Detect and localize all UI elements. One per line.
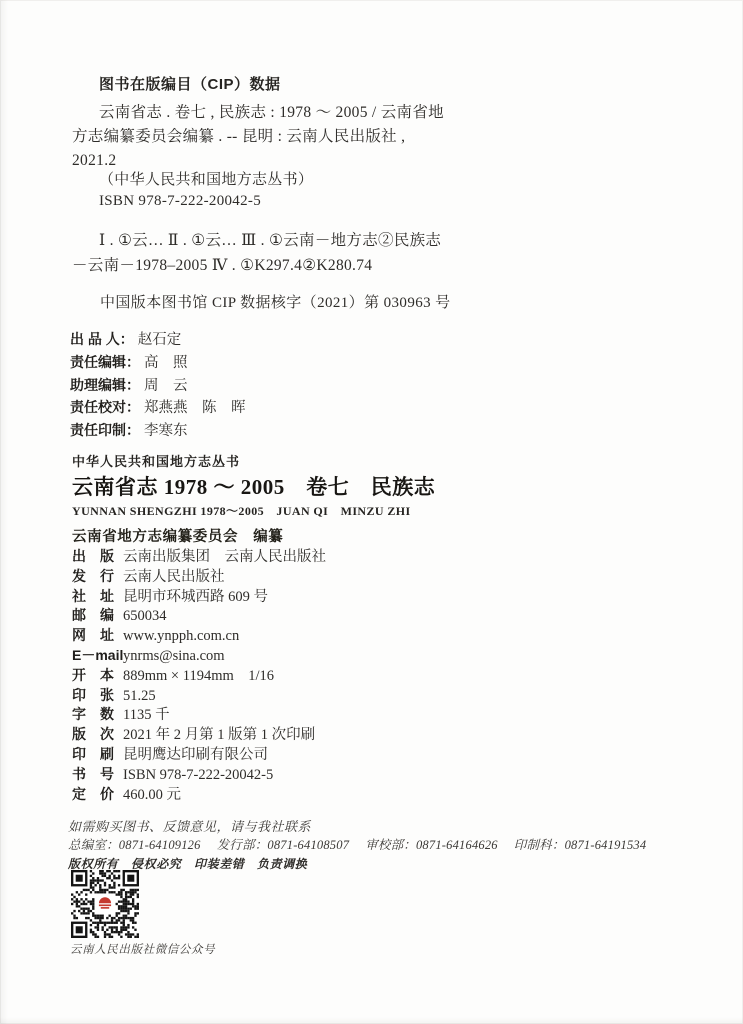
credit-row: 责任编辑：高 照	[70, 351, 246, 374]
qr-code-image	[71, 870, 139, 938]
publication-value: ynrms@sina.com	[123, 648, 225, 664]
publication-value: ISBN 978-7-222-20042-5	[123, 767, 273, 783]
credit-row: 助理编辑：周 云	[70, 374, 246, 397]
publication-label: 印 张	[72, 686, 123, 706]
publication-value: 云南出版集团 云南人民出版社	[123, 549, 326, 565]
publication-value: 2021 年 2 月第 1 版第 1 次印刷	[123, 727, 315, 743]
publication-value: 昆明鹰达印刷有限公司	[123, 747, 268, 763]
publication-label: 开 本	[72, 666, 123, 686]
credit-row: 出 品 人：赵石定	[70, 328, 246, 351]
publication-row: 字 数1135 千	[72, 705, 326, 725]
cip-entry-line: 方志编纂委员会编纂 . -- 昆明 : 云南人民出版社 ,	[72, 125, 444, 149]
copyright-page: 图书在版编目（CIP）数据 云南省志 . 卷七 , 民族志 : 1978 ～ 2…	[0, 0, 743, 1024]
credit-role-label: 责任校对：	[70, 399, 140, 415]
publication-label: 社 址	[72, 587, 123, 607]
qr-caption: 云南人民出版社微信公众号	[70, 941, 215, 957]
credit-person-name: 李寒东	[144, 423, 188, 439]
publication-row: 出 版云南出版集团 云南人民出版社	[72, 547, 326, 567]
publication-label: 发 行	[72, 567, 123, 587]
credits-block: 出 品 人：赵石定 责任编辑：高 照 助理编辑：周 云 责任校对：郑燕燕 陈 晖…	[70, 328, 246, 442]
publication-label: 邮 编	[72, 606, 123, 626]
publication-value: 昆明市环城西路 609 号	[123, 589, 268, 605]
credit-role-label: 责任印制：	[70, 422, 140, 438]
publication-label: 网 址	[72, 626, 123, 646]
publication-value: 51.25	[123, 688, 156, 704]
publication-row: E－mailynrms@sina.com	[72, 646, 326, 666]
book-title: 云南省志 1978 ～ 2005 卷七 民族志	[72, 475, 435, 499]
publication-label: E－mail	[72, 646, 123, 666]
series-note: （中华人民共和国地方志丛书）	[99, 168, 313, 189]
isbn-line: ISBN 978-7-222-20042-5	[99, 193, 261, 210]
publication-block: 出 版云南出版集团 云南人民出版社 发 行云南人民出版社 社 址昆明市环城西路 …	[72, 547, 326, 804]
publication-row: 书 号ISBN 978-7-222-20042-5	[72, 765, 326, 785]
publication-value: www.ynpph.com.cn	[123, 628, 239, 644]
publication-row: 发 行云南人民出版社	[72, 567, 326, 587]
credit-person-name: 郑燕燕 陈 晖	[144, 400, 246, 416]
publication-row: 定 价460.00 元	[72, 785, 326, 805]
publication-value: 1135 千	[123, 707, 170, 723]
publication-label: 出 版	[72, 547, 123, 567]
publication-row: 印 刷昆明鹰达印刷有限公司	[72, 745, 326, 765]
publication-row: 印 张51.25	[72, 686, 326, 706]
cip-header: 图书在版编目（CIP）数据	[99, 73, 281, 94]
publication-row: 社 址昆明市环城西路 609 号	[72, 587, 326, 607]
credit-person-name: 赵石定	[138, 332, 182, 348]
publication-label: 字 数	[72, 705, 123, 725]
publication-label: 书 号	[72, 765, 123, 785]
publication-value: 889mm × 1194mm 1/16	[123, 668, 274, 684]
credit-role-label: 责任编辑：	[70, 354, 140, 370]
credit-person-name: 高 照	[144, 355, 188, 371]
contact-phones: 总编室：0871-64109126 发行部：0871-64108507 审校部：…	[68, 835, 646, 853]
publication-value: 650034	[123, 608, 167, 624]
cip-classification: Ⅰ . ①云… Ⅱ . ①云… Ⅲ . ①云南－地方志②民族志 －云南－1978…	[72, 228, 441, 278]
credit-row: 责任校对：郑燕燕 陈 晖	[70, 396, 246, 419]
book-title-romanization: YUNNAN SHENGZHI 1978～2005 JUAN QI MINZU …	[72, 502, 435, 519]
publication-value: 云南人民出版社	[123, 569, 225, 585]
classification-line: －云南－1978–2005 Ⅳ . ①K297.4②K280.74	[72, 253, 441, 278]
classification-line: Ⅰ . ①云… Ⅱ . ①云… Ⅲ . ①云南－地方志②民族志	[72, 228, 441, 253]
series-name: 中华人民共和国地方志丛书	[72, 451, 435, 470]
credit-role-label: 助理编辑：	[70, 377, 140, 393]
publication-value: 460.00 元	[123, 787, 181, 803]
publication-row: 版 次2021 年 2 月第 1 版第 1 次印刷	[72, 725, 326, 745]
compiler-line: 云南省地方志编纂委员会 编纂	[72, 525, 435, 546]
cip-entry: 云南省志 . 卷七 , 民族志 : 1978 ～ 2005 / 云南省地 方志编…	[72, 101, 444, 173]
wechat-qr-code	[71, 870, 139, 938]
credit-row: 责任印制：李寒东	[70, 419, 246, 442]
publication-row: 网 址www.ynpph.com.cn	[72, 626, 326, 646]
publication-label: 定 价	[72, 785, 123, 805]
title-block: 中华人民共和国地方志丛书 云南省志 1978 ～ 2005 卷七 民族志 YUN…	[72, 451, 435, 546]
contact-note: 如需购买图书、反馈意见，请与我社联系	[68, 816, 311, 835]
credit-role-label: 出 品 人：	[70, 331, 134, 347]
publication-label: 印 刷	[72, 745, 123, 765]
cip-entry-line: 云南省志 . 卷七 , 民族志 : 1978 ～ 2005 / 云南省地	[72, 101, 444, 125]
cip-record-number: 中国版本图书馆 CIP 数据核字（2021）第 030963 号	[100, 291, 451, 312]
publication-label: 版 次	[72, 725, 123, 745]
publication-row: 开 本889mm × 1194mm 1/16	[72, 666, 326, 686]
publication-row: 邮 编650034	[72, 606, 326, 626]
credit-person-name: 周 云	[144, 378, 188, 394]
